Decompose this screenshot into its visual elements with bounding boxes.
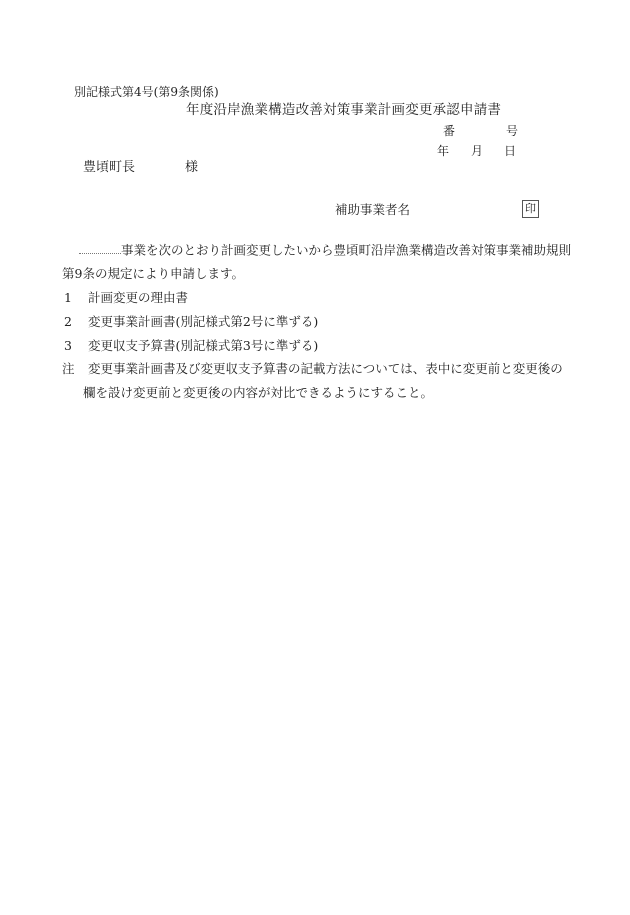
document-page: 別記様式第4号(第9条関係) 年度沿岸漁業構造改善対策事業計画変更承認申請書 番… bbox=[0, 0, 630, 915]
attachment-item-1: 1計画変更の理由書 bbox=[64, 290, 188, 305]
body-text-line1: 事業を次のとおり計画変更したいから豊頃町沿岸漁業構造改善対策事業補助規則 bbox=[121, 242, 571, 257]
attachment-item-text: 計画変更の理由書 bbox=[88, 290, 188, 305]
addressee-name: 豊頃町長 bbox=[83, 160, 135, 176]
attachment-item-2: 2変更事業計画書(別記様式第2号に準ずる) bbox=[64, 314, 318, 329]
attachment-item-number: 2 bbox=[64, 314, 88, 329]
applicant-name-label: 補助事業者名 bbox=[335, 202, 410, 217]
fill-in-blank-leader bbox=[79, 242, 121, 254]
attachment-item-number: 1 bbox=[64, 290, 88, 305]
note-paragraph-line2: 欄を設け変更前と変更後の内容が対比できるようにすること。 bbox=[83, 385, 433, 400]
form-reference: 別記様式第4号(第9条関係) bbox=[74, 85, 219, 99]
number-field-label-ban: 番 bbox=[443, 124, 455, 138]
note-paragraph-line1: 注変更事業計画書及び変更収支予算書の記載方法については、表中に変更前と変更後の bbox=[62, 361, 563, 376]
number-field-label-go: 号 bbox=[506, 124, 518, 138]
seal-mark: 印 bbox=[522, 200, 539, 218]
body-paragraph-line1: 事業を次のとおり計画変更したいから豊頃町沿岸漁業構造改善対策事業補助規則 bbox=[79, 242, 571, 257]
attachment-item-text: 変更収支予算書(別記様式第3号に準ずる) bbox=[88, 338, 318, 353]
date-field-month-label: 月 bbox=[471, 144, 483, 158]
addressee-honorific: 様 bbox=[185, 160, 198, 176]
body-paragraph-line2: 第9条の規定により申請します。 bbox=[62, 266, 244, 281]
date-field-year-label: 年 bbox=[437, 144, 449, 158]
attachment-item-number: 3 bbox=[64, 338, 88, 353]
attachment-item-text: 変更事業計画書(別記様式第2号に準ずる) bbox=[88, 314, 318, 329]
date-field-day-label: 日 bbox=[504, 144, 516, 158]
attachment-item-3: 3変更収支予算書(別記様式第3号に準ずる) bbox=[64, 338, 318, 353]
document-title: 年度沿岸漁業構造改善対策事業計画変更承認申請書 bbox=[186, 102, 501, 118]
note-text-line1: 変更事業計画書及び変更収支予算書の記載方法については、表中に変更前と変更後の bbox=[88, 361, 563, 376]
note-label: 注 bbox=[62, 361, 88, 376]
